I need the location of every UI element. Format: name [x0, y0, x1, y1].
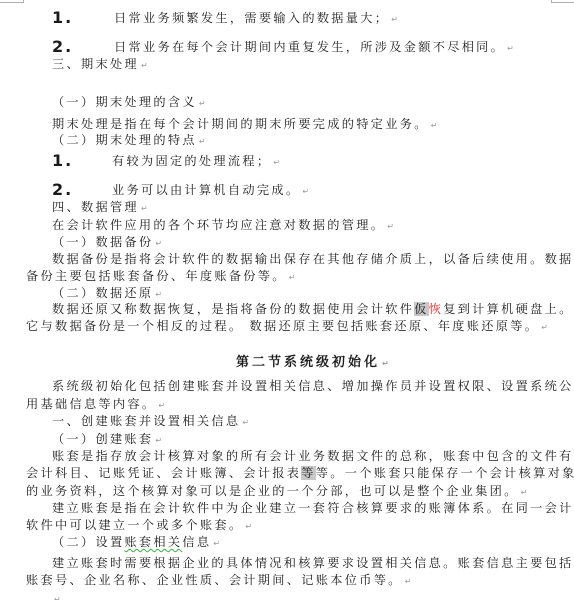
paragraph-text: 建立账套是指在会计软件中为企业建立一套符合核算要求的账簿体系。在同一会计	[52, 501, 574, 515]
paragraph-text: 它与数据备份是一个相反的过程。 数据还原主要包括账套还原、年度账还原等。	[26, 319, 539, 333]
section-heading-3[interactable]: 三、期末处理↵	[52, 57, 148, 73]
body-paragraph-line[interactable]: 用基础信息等内容。↵	[26, 397, 165, 413]
paragraph-mark-icon: ↵	[541, 323, 548, 332]
list-number: 1.	[52, 153, 73, 169]
paragraph-text: 建立账套时需要根据企业的具体情况和核算要求设置相关信息。账套信息主要包括	[52, 556, 574, 570]
section-heading[interactable]: 一、创建账套并设置相关信息↵	[52, 414, 249, 430]
subsection-heading[interactable]: （二）期末处理的特点↵	[52, 133, 206, 149]
paragraph-text: 账套号、企业名称、企业性质、会计期间、记账本位币等。	[26, 573, 403, 587]
heading-text: 第二节系统级初始化	[236, 355, 380, 370]
heading-text: 信息	[182, 535, 211, 549]
paragraph-text: 数据备份是指将会计软件的数据输出保存在其他存储介质上，以备后续使用。数据	[52, 252, 574, 266]
paragraph-mark-icon: ↵	[155, 290, 162, 299]
paragraph-text: 数据还原又称数据恢复，是指将备份的数据使用会计软件	[52, 302, 414, 316]
paragraph-mark-icon: ↵	[391, 15, 398, 24]
paragraph-mark-icon: ↵	[141, 204, 148, 213]
paragraph-mark-icon: ↵	[199, 99, 206, 108]
list-number: 2.	[52, 182, 73, 198]
heading-text: （一）期末处理的含义	[52, 95, 197, 109]
chapter-heading[interactable]: 第二节系统级初始化↵	[236, 356, 389, 371]
heading-text: （二）设置	[52, 535, 124, 549]
paragraph-text: 会计科目、记账凭证、会计账簿、会计报表	[26, 466, 301, 480]
body-paragraph[interactable]: 在会计软件应用的各个环节均应注意对数据的管理。↵	[52, 218, 394, 234]
list-number: 1.	[52, 10, 73, 26]
paragraph-mark-icon: ↵	[289, 273, 296, 282]
heading-text: 四、数据管理	[52, 200, 139, 214]
list-item-text[interactable]: 日常业务频繁发生，需要输入的数据量大；↵	[114, 11, 398, 27]
heading-text: （二）数据还原	[52, 286, 153, 300]
list-item-text[interactable]: 日常业务在每个会计期间内重复发生，所涉及金额不尽相同。↵	[114, 40, 514, 56]
paragraph-text: 系统级初始化包括创建账套并设置相关信息、增加操作员并设置权限、设置系统公	[52, 379, 574, 393]
paragraph-mark-icon: ↵	[431, 121, 438, 130]
paragraph-mark-icon: ↵	[273, 158, 280, 167]
paragraph-text: 软件中可以建立一个或多个账套。	[26, 518, 243, 532]
grammar-flagged-text[interactable]: 账套相关	[124, 535, 182, 549]
paragraph-mark-icon: ↵	[54, 595, 61, 600]
paragraph-text: 复到计算机硬盘上。	[443, 302, 573, 316]
empty-paragraph[interactable]: ↵	[52, 591, 61, 600]
body-paragraph-line[interactable]: 账套是指存放会计核算对象的所有会计业务数据文件的总称，账套中包含的文件有	[52, 449, 574, 463]
list-item-text[interactable]: 业务可以由计算机自动完成。↵	[112, 183, 309, 199]
paragraph-mark-icon: ↵	[158, 401, 165, 410]
paragraph-text: 的业务资料，这个核算对象可以是企业的一个分部，也可以是整个企业集团。	[26, 484, 519, 498]
paragraph-mark-icon: ↵	[521, 488, 528, 497]
list-item-label: 有较为固定的处理流程；	[112, 154, 271, 168]
body-paragraph-line[interactable]: 会计科目、记账凭证、会计账簿、会计报表等等。一个账套只能保存一个会计核算对象	[26, 466, 574, 480]
body-paragraph-line[interactable]: 的业务资料，这个核算对象可以是企业的一个分部，也可以是整个企业集团。↵	[26, 484, 527, 500]
list-item-label: 业务可以由计算机自动完成。	[112, 183, 300, 197]
paragraph-mark-icon: ↵	[242, 418, 249, 427]
subsection-heading[interactable]: （二）数据还原↵	[52, 286, 162, 302]
paragraph-mark-icon: ↵	[213, 539, 220, 548]
subsection-heading[interactable]: （一）创建账套↵	[52, 432, 162, 448]
list-item-text[interactable]: 有较为固定的处理流程；↵	[112, 154, 280, 170]
heading-text: （二）期末处理的特点	[52, 133, 197, 147]
list-number: 2.	[52, 39, 73, 55]
subsection-heading[interactable]: （一）期末处理的含义↵	[52, 95, 206, 111]
body-paragraph-line[interactable]: 软件中可以建立一个或多个账套。↵	[26, 518, 252, 534]
paragraph-text: 期末处理是指在每个会计期间的期末所要完成的特定业务。	[52, 117, 429, 131]
list-item-label: 日常业务在每个会计期间内重复发生，所涉及金额不尽相同。	[114, 40, 505, 54]
paragraph-mark-icon: ↵	[387, 222, 394, 231]
paragraph-mark-icon: ↵	[302, 187, 309, 196]
heading-text: （一）数据备份	[52, 235, 153, 249]
crop-mark-top-right	[551, 0, 574, 3]
paragraph-mark-icon: ↵	[507, 44, 514, 53]
paragraph-text: 等。一个账套只能保存一个会计核算对象	[316, 466, 574, 480]
heading-text: 一、创建账套并设置相关信息	[52, 414, 240, 428]
paragraph-mark-icon: ↵	[155, 239, 162, 248]
body-paragraph-line[interactable]: 建立账套时需要根据企业的具体情况和核算要求设置相关信息。账套信息主要包括	[52, 556, 574, 570]
heading-text: 三、期末处理	[52, 57, 139, 71]
body-paragraph-line[interactable]: 数据还原又称数据恢复，是指将备份的数据使用会计软件仮恢复到计算机硬盘上。	[52, 302, 574, 316]
paragraph-text: 在会计软件应用的各个环节均应注意对数据的管理。	[52, 218, 385, 232]
paragraph-text: 用基础信息等内容。	[26, 397, 156, 411]
selected-text[interactable]: 仮	[414, 302, 429, 316]
paragraph-mark-icon: ↵	[155, 436, 162, 445]
paragraph-mark-icon: ↵	[141, 61, 148, 70]
red-inserted-text: 恢	[429, 302, 444, 316]
body-paragraph[interactable]: 期末处理是指在每个会计期间的期末所要完成的特定业务。↵	[52, 117, 437, 133]
body-paragraph-line[interactable]: 建立账套是指在会计软件中为企业建立一套符合核算要求的账簿体系。在同一会计	[52, 501, 574, 515]
body-paragraph-line[interactable]: 备份主要包括账套备份、年度账备份等。↵	[26, 269, 295, 285]
paragraph-text: 备份主要包括账套备份、年度账备份等。	[26, 269, 287, 283]
body-paragraph-line[interactable]: 账套号、企业名称、企业性质、会计期间、记账本位币等。↵	[26, 573, 411, 589]
subsection-heading[interactable]: （一）数据备份↵	[52, 235, 162, 251]
paragraph-mark-icon: ↵	[199, 137, 206, 146]
list-item-label: 日常业务频繁发生，需要输入的数据量大；	[114, 11, 389, 25]
selected-text[interactable]: 等	[301, 466, 316, 480]
paragraph-mark-icon: ↵	[382, 359, 389, 368]
paragraph-text: 账套是指存放会计核算对象的所有会计业务数据文件的总称，账套中包含的文件有	[52, 449, 574, 463]
heading-text: （一）创建账套	[52, 432, 153, 446]
subsection-heading[interactable]: （二）设置账套相关信息↵	[52, 535, 220, 551]
body-paragraph-line[interactable]: 它与数据备份是一个相反的过程。 数据还原主要包括账套还原、年度账还原等。↵	[26, 319, 548, 335]
paragraph-mark-icon: ↵	[405, 577, 412, 586]
crop-mark-top-left	[0, 0, 24, 3]
section-heading-4[interactable]: 四、数据管理↵	[52, 200, 148, 216]
paragraph-mark-icon: ↵	[245, 522, 252, 531]
body-paragraph-line[interactable]: 系统级初始化包括创建账套并设置相关信息、增加操作员并设置权限、设置系统公	[52, 379, 574, 393]
body-paragraph-line[interactable]: 数据备份是指将会计软件的数据输出保存在其他存储介质上，以备后续使用。数据	[52, 252, 574, 266]
